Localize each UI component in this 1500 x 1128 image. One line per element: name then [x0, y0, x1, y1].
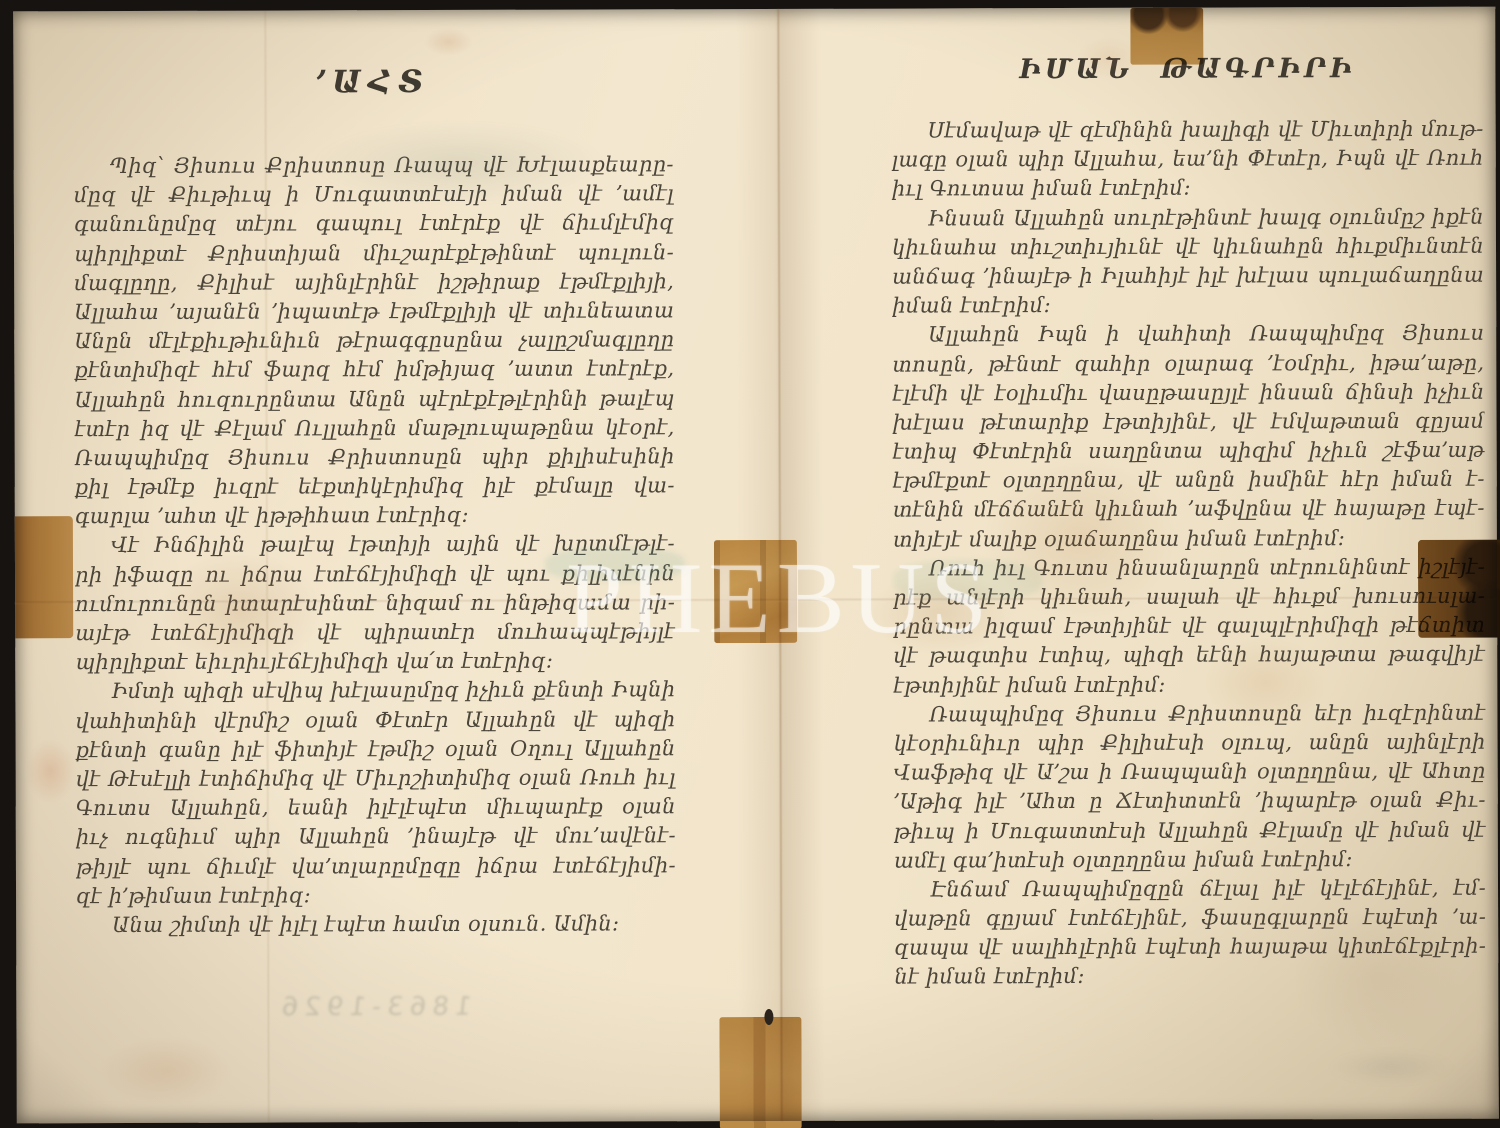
document-sheet: 1863-1926 ՚ԱՀՏ Պիզ՝ Յիսուս Քրիստոսը Ռապպ… [13, 7, 1498, 1124]
text-line: Անա շիմտի վէ իլէլ էպէտ համտ օլսուն. Ամին… [76, 909, 676, 940]
text-line: զէ ի՚թիմատ էտէրիզ: [76, 880, 676, 911]
paragraph: Պիզ՝ Յիսուս Քրիստոսը Ռապպ վէ Խէլասքեարը-… [74, 150, 675, 531]
text-line: Էնճամ Ռապպիմըզըն ճէլալ իլէ կէլէճէյինէ, է… [894, 874, 1486, 905]
text-line: խէլաս թէտարիք էթտիյինէ, վէ էմվաթտան գըյա… [893, 407, 1485, 438]
text-line: էթտիյինէ իման էտէրիմ: [893, 669, 1485, 700]
text-line: լագը օլան պիր Ալլահա, եա՚նի Փէտէր, Իպն վ… [892, 144, 1484, 175]
text-line: Գուտս Ալլահըն, եանի իլէլէպէտ միւպարէք օլ… [76, 792, 676, 823]
text-line: տիյէյէ մալիք օլաճաղընա իման էտէրիմ: [893, 523, 1485, 554]
paragraph: Էնճամ Ռապպիմըզըն ճէլալ իլէ կէլէճէյինէ, է… [894, 874, 1486, 993]
dark-fleck [764, 1009, 773, 1025]
paragraph: Ռապպիմըզ Յիսուս Քրիստոսըն եէր իւզէրինտէկ… [893, 698, 1486, 875]
text-line: իւլ Գուտսա իման էտէրիմ: [892, 173, 1484, 204]
text-line: պիրլիքտէ Քրիստիյան միւշարէքէթինտէ պուլու… [74, 238, 674, 269]
text-line: Իմտի պիզի սէվիպ խէլասըմըզ իչիւն քէնտի Իպ… [75, 676, 675, 707]
text-line: Անըն մէլէքիւթիւնիւն թէրագգըսընա չալըշմագ… [74, 325, 674, 356]
text-line: էտիպ Փէտէրին սաղընտա պիզիմ իչիւն շէֆա՚աթ [893, 436, 1485, 467]
paragraph: Իմտի պիզի սէվիպ խէլասըմըզ իչիւն քէնտի Իպ… [75, 676, 676, 911]
text-line: տոսըն, թէնտէ զահիր օլարագ ՚էօմրիւ, իթա՚ա… [892, 348, 1484, 379]
text-line: Պիզ՝ Յիսուս Քրիստոսը Ռապպ վէ Խէլասքեարը- [74, 150, 674, 181]
text-line: Վաֆթիզ վէ Ա՚շա ի Ռապպանի օլտըղընա, վէ Ահ… [894, 757, 1486, 788]
text-line: էթմէքտէ օլտըղընա, վէ անըն իսմինէ հէր իմա… [893, 465, 1485, 496]
text-line: գարլա ՚ահտ վէ իթթիհատ էտէրիզ: [75, 501, 675, 532]
text-line: զապա վէ սալիհլէրին էպէտի հայաթա կիտէճէքլ… [894, 932, 1486, 963]
text-line: նէ իման էտէրիմ: [894, 961, 1486, 992]
tape-patch-bottom [719, 1017, 801, 1128]
stain [413, 22, 483, 62]
left-page-text: Պիզ՝ Յիսուս Քրիստոսը Ռապպ վէ Խէլասքեարը-… [74, 150, 676, 940]
paragraph: Ալլահըն Իպն ի վահիտի Ռապպիմըզ Յիսուս Քրի… [892, 319, 1485, 554]
text-line: թիյլէ պու ճիւմլէ վա՚տլարըմըզը իճրա էտէճէ… [76, 851, 676, 882]
text-line: ամէլ գա՚իտէսի օլտըղընա իման էտէրիմ: [894, 844, 1486, 875]
bleedthrough-dates: 1863-1926 [250, 992, 473, 1023]
text-line: վէ թագտիս էտիպ, պիզի եէնի հայաթտա թագվիյ… [893, 640, 1485, 671]
text-line: Ալլահըն հուզուրընտա Անըն պէրէքէթլէրինի թ… [74, 384, 674, 415]
text-line: պիրլիքտէ եիւրիւյէճէյիմիզի վա՛տ էտէրիզ: [75, 646, 675, 677]
text-line: էտէր իզ վէ Քէլամ Ուլլահըն մաթլուպաթընա կ… [75, 413, 675, 444]
text-line: էլէմի վէ էօլիւմիւ վասըթասըյլէ ինսան ճինս… [892, 377, 1484, 408]
text-line: անճագ ՚ինայէթ ի Իլահիյէ իլէ խէլաս պուլաճ… [892, 261, 1484, 292]
text-line: կէօրիւնիւր պիր Քիլիսէսի օլուպ, անըն ային… [894, 728, 1486, 759]
text-line: իւչ ուգնիւմ պիր Ալլահըն ՚ինայէթ վէ մու՚ա… [76, 822, 676, 853]
paragraph: Վէ Ինճիլին թալէպ էթտիյի ային վէ խըտմէթլէ… [75, 530, 675, 678]
text-line: Ալլահըն Իպն ի վահիտի Ռապպիմըզ Յիսուս Քրի… [892, 319, 1484, 350]
text-line: քէնտի գանը իլէ ֆիտիյէ էթմիշ օլան Օղուլ Ա… [76, 734, 676, 765]
text-line: Ալլահա ՚այանէն ՚իպատէթ էթմէքլիյի վէ տիւն… [74, 296, 674, 327]
text-line: քէնտիմիզէ հէմ ֆարզ հէմ իմթիյազ ՚ատտ էտէր… [74, 355, 674, 386]
photo-backdrop: { "watermark": { "text": "PHEBUS" }, "pa… [0, 0, 1500, 1128]
tape-patch-top [1130, 8, 1203, 65]
text-line: Սէմավաթ վէ զէմինին խալիգի վէ Միւտիրի մու… [892, 115, 1484, 146]
tape-patch-right-edge [1418, 540, 1500, 638]
right-page-text: Սէմավաթ վէ զէմինին խալիգի վէ Միւտիրի մու… [892, 115, 1487, 992]
stain [71, 1021, 261, 1122]
paragraph: Անա շիմտի վէ իլէլ էպէտ համտ օլսուն. Ամին… [76, 909, 676, 940]
text-line: քիլ էթմէք իւզրէ եէքտիկէրիմիզ իլէ քէմալը … [75, 471, 675, 502]
left-page-title: ՚ԱՀՏ [73, 63, 673, 101]
text-line: այէթ էտէճէյիմիզի վէ պիրատէր մուհապպէթիյլ… [75, 617, 675, 648]
text-line: Ռուհ իւլ Գուտս ինսանլարըն տէրունինտէ իշլ… [893, 553, 1485, 584]
tape-patch-left-edge [15, 516, 73, 638]
tape-patch-center-fold [714, 540, 797, 643]
text-line: Վէ Ինճիլին թալէպ էթտիյի ային վէ խըտմէթլէ… [75, 530, 675, 561]
text-line: վահիտինի վէրմիշ օլան Փէտէր Ալլահըն վէ պի… [75, 705, 675, 736]
text-line: րի իֆազը ու իճրա էտէճէյիմիզի վէ պու քիլի… [75, 559, 675, 590]
text-line: տէնին մէճճանէն կիւնահ ՚աֆվընա վէ հայաթը … [893, 494, 1485, 525]
text-line: Ռապպիմըզ Յիսուս Քրիստոսըն եէր իւզէրինտէ [893, 698, 1485, 729]
text-line: վաթըն գըյամ էտէճէյինէ, ֆասըգլարըն էպէտի … [894, 903, 1486, 934]
text-line: կիւնահա տիւշտիւյիւնէ վէ կիւնահըն հիւքմիւ… [892, 231, 1484, 262]
paragraph: Ռուհ իւլ Գուտս ինսանլարըն տէրունինտէ իշլ… [893, 553, 1485, 701]
text-line: ումուրունըն իտարէսինտէ նիզամ ու ինթիզամա… [75, 588, 675, 619]
text-line: իման էտէրիմ: [892, 290, 1484, 321]
ink-bleedthrough-smudge [1307, 1042, 1477, 1093]
text-line: մագլըղը, Քիլիսէ այինլէրինէ իշթիրաք էթմէք… [74, 267, 674, 298]
text-line: րընտա իլզամ էթտիյինէ վէ գալպլէրիմիզի թէճ… [893, 611, 1485, 642]
text-line: րէք անլէրի կիւնահ, սալահ վէ հիւքմ խուսու… [893, 582, 1485, 613]
text-line: Ռապպիմըզ Յիսուս Քրիստոսըն պիր քիլիսէսինի… [75, 442, 675, 473]
paragraph: Սէմավաթ վէ զէմինին խալիգի վէ Միւտիրի մու… [892, 115, 1484, 204]
text-line: Ինսան Ալլահըն սուրէթինտէ խալգ օլունմըշ ի… [892, 202, 1484, 233]
paragraph: Ինսան Ալլահըն սուրէթինտէ խալգ օլունմըշ ի… [892, 202, 1484, 321]
text-line: թիւպ ի Մուգատտէսի Ալլահըն Քէլամը վէ իման… [894, 815, 1486, 846]
text-line: մըզ վէ Քիւթիւպ ի Մուգատտէսէյի իման վէ ՚ա… [74, 179, 674, 210]
text-line: գանունըմըզ տէյու գապուլ էտէրէք վէ ճիւմլէ… [74, 209, 674, 240]
text-line: վէ Թէսէլլի էտիճիմիզ վէ Միւրշիտիմիզ օլան … [76, 763, 676, 794]
text-line: ՚Աթիգ իլէ ՚Ահտ ը Ճէտիտտէն ՚իպարէթ օլան Ք… [894, 786, 1486, 817]
